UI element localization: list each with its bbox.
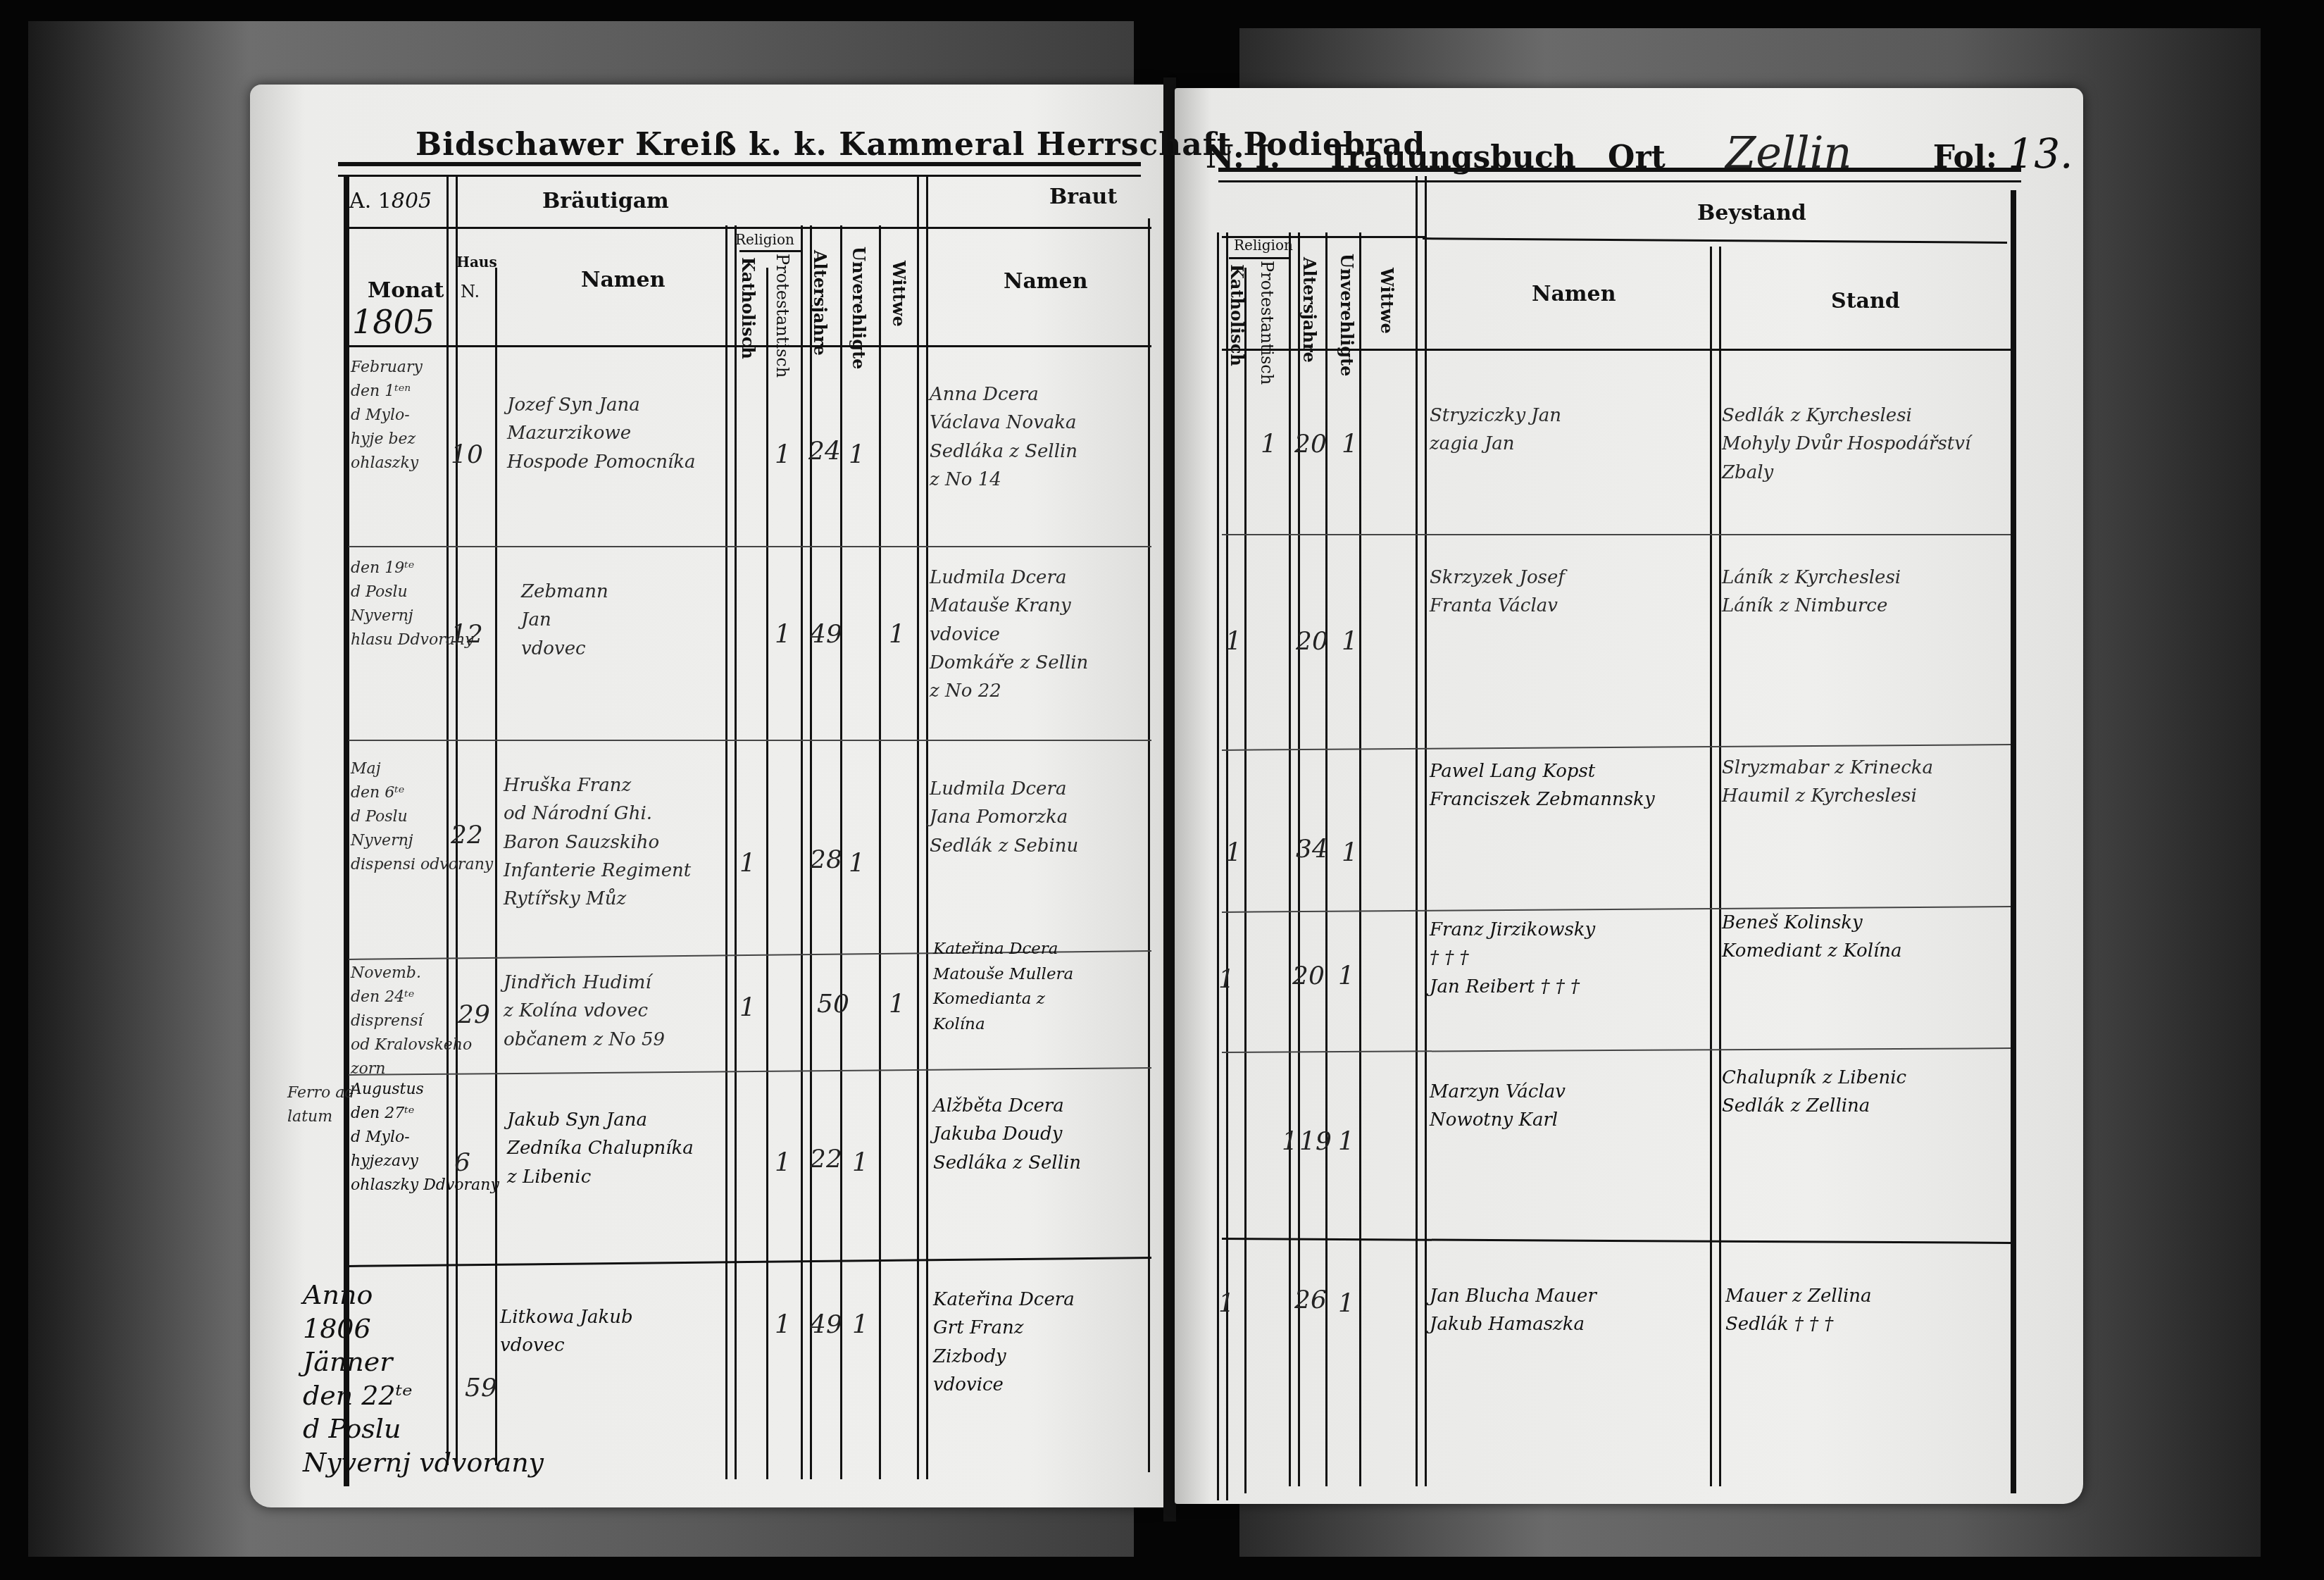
entry-groom-kath: 1 [775,1310,791,1339]
entry-bride: Ludmila Dcera Matauše Krany vdovice Domk… [930,564,1088,705]
entry-bride-unmarried: 1 [1342,627,1358,656]
r-row-sep-1 [1222,534,2011,535]
entry-witness-names: Stryziczky Jan zagia Jan [1430,402,1561,459]
entry-groom-kath: 1 [775,440,791,469]
entry-house: 6 [454,1148,470,1177]
entry-bride-age: 19 [1299,1127,1332,1156]
entry-groom-age: 49 [810,1310,842,1339]
entry-bride-age: 20 [1292,962,1325,990]
entry-groom-widower: 1 [889,620,905,649]
entry-month: Maj den 6ᵗᵉ d Poslu Nyvernj dispensi odv… [351,757,493,877]
entry-bride: Kateřina Dcera Grt Franz Zizbody vdovice [933,1286,1075,1399]
row-sep-1 [349,546,1151,547]
col-divider-kath [766,268,768,1479]
entry-groom: Zebmann Jan vdovec [521,578,608,663]
col-religion: Religion [735,231,794,248]
row-sep-2 [349,740,1151,741]
r-col-protestantisch: Protestantisch [1257,261,1277,385]
entry-bride-unmarried: 1 [1338,1127,1354,1156]
entry-groom: Hruška Franz od Národní Ghi. Baron Sauzs… [504,771,691,913]
r-col-divider-namen [1710,247,1721,1486]
entry-bride: Alžběta Dcera Jakuba Doudy Sedláka z Sel… [933,1092,1081,1177]
entry-groom-kath: 1 [739,849,756,878]
col-monat: Monat [368,278,444,303]
r-col-divider-wittwe [1416,176,1427,1486]
year-label: A. 1805 [349,189,432,213]
entry-bride-unmarried: 1 [1338,962,1354,990]
col-katholisch: Katholisch [738,257,758,359]
entry-groom-age: 50 [817,990,849,1019]
r-religion-underline [1229,257,1291,259]
entry-witness-stand: Slryzmabar z Krinecka Haumil z Kyrchesle… [1722,754,1933,811]
entry-house: 29 [458,1000,490,1029]
col-haus: Haus [456,254,497,270]
entry-witness-stand: Sedlák z Kyrcheslesi Mohyly Dvůr Hospodá… [1722,402,1970,487]
entry-groom-age: 24 [808,437,841,466]
entry-groom-kath: 1 [775,1148,791,1177]
entry-month: Novemb. den 24ᵗᵉ disprensí od Kralovskeh… [351,962,472,1081]
entry-groom-unmarried: 1 [849,849,865,878]
r-col-divider-kath [1244,268,1247,1493]
entry-groom-widower: 1 [852,1310,868,1339]
entry-groom: Jakub Syn Jana Zedníka Chalupníka z Libe… [507,1106,694,1191]
section-bride: Braut [1049,185,1117,209]
header-double-rule-right [1218,168,2021,182]
col-protestantisch: Protestantisch [773,254,792,378]
col-haus-n: N. [461,282,480,301]
entry-groom-age: 22 [810,1145,842,1174]
entry-bride: Kateřina Dcera Matouše Mullera Komediant… [933,937,1073,1038]
col-divider-wittwe [917,176,928,1479]
entry-bride-age: 26 [1294,1286,1327,1314]
header-double-rule-left [338,162,1141,177]
col-divider-unverehl [879,225,881,1479]
col-monat-year: 1805 [352,303,435,341]
r-col-divider-unverehl [1359,232,1361,1486]
r-col-unverehligte: Unverehligte [1337,254,1357,376]
entry-bride-unmarried: 1 [1342,430,1358,459]
col-unverehligte: Unverehligte [849,247,869,369]
entry-witness-stand: Láník z Kyrcheslesi Láník z Nimburce [1722,564,1901,621]
entry-bride-kath: 1 [1282,1127,1298,1156]
entry-groom-widower: 1 [889,990,905,1019]
entry-groom-age: 49 [810,620,842,649]
entry-bride-unmarried: 1 [1338,1289,1354,1318]
entry-bride-age: 20 [1296,627,1328,656]
col-divider-braut-right [1148,218,1150,1472]
r-col-katholisch: Katholisch [1227,264,1247,366]
entry-bride-unmarried: 1 [1342,838,1358,867]
r-col-namen: Namen [1532,282,1616,306]
entry-groom: Litkowa Jakub vdovec [500,1303,633,1360]
r-col-wittwe: Wittwe [1377,268,1397,334]
entry-groom: Jozef Syn Jana Mazurzikowe Hospode Pomoc… [507,391,696,476]
entry-witness-names: Marzyn Václav Nowotny Karl [1430,1078,1566,1135]
header-rule-1 [349,227,1151,229]
col-wittwe: Wittwe [889,261,909,327]
entry-month: February den 1ᵗᵉⁿ d Mylo- hyje bez ohlas… [351,356,423,475]
entry-witness-stand: Chalupník z Libenic Sedlák z Zellina [1722,1064,1906,1121]
entry-bride-kath: 1 [1225,627,1242,656]
margin-note: Ferro ad latum [287,1081,355,1129]
col-altersjahre: Altersjahre [810,250,830,356]
entry-groom-kath: 1 [775,620,791,649]
section-groom: Bräutigam [542,189,669,213]
entry-bride: Anna Dcera Václava Novaka Sedláka z Sell… [930,380,1077,494]
col-namen-bride: Namen [1004,269,1088,294]
entry-bride-kath: 1 [1225,838,1242,867]
entry-house: 12 [451,620,483,649]
col-divider-namen [725,225,737,1479]
entry-bride: Ludmila Dcera Jana Pomorzka Sedlák z Seb… [930,775,1078,860]
entry-witness-stand: Beneš Kolinsky Komediant z Kolína [1722,909,1902,966]
entry-witness-names: Pawel Lang Kopst Franciszek Zebmannsky [1430,757,1655,814]
entry-bride-age: 20 [1294,430,1327,459]
entry-groom-kath: 1 [739,993,756,1022]
r-col-religion: Religion [1234,237,1293,254]
entry-bride-age: 34 [1296,835,1328,864]
entry-groom-unmarried: 1 [849,440,865,469]
col-namen-groom: Namen [581,268,666,292]
entry-house: 59 [465,1374,497,1402]
r-col-altersjahre: Altersjahre [1299,257,1320,363]
entry-witness-stand: Mauer z Zellina Sedlák † † † [1725,1282,1872,1339]
entry-bride-kath: 1 [1218,1289,1235,1318]
entry-bride-kath: 1 [1261,430,1277,459]
entry-month: Augustus den 27ᵗᵉ d Mylo- hyjezavy ohlas… [351,1078,499,1198]
entry-house: 10 [451,440,483,469]
entry-groom: Jindřich Hudimí z Kolína vdovec občanem … [504,969,665,1054]
entry-groom-age: 28 [810,845,842,874]
entry-groom-unmarried: 1 [852,1148,868,1177]
section-witnesses: Beystand [1697,201,1806,225]
entry-bride-kath: 1 [1218,965,1235,994]
religion-underline [739,250,801,252]
entry-house: 22 [451,821,483,850]
year-handwritten: 805 [392,189,432,213]
r-col-stand: Stand [1831,289,1900,313]
entry-witness-names: Skrzyzek Josef Franta Václav [1430,564,1565,621]
entry-witness-names: Franz Jirzikowsky † † † Jan Reibert † † … [1430,916,1595,1001]
entry-witness-names: Jan Blucha Mauer Jakub Hamaszka [1430,1282,1597,1339]
table-border-right [2011,190,2016,1493]
